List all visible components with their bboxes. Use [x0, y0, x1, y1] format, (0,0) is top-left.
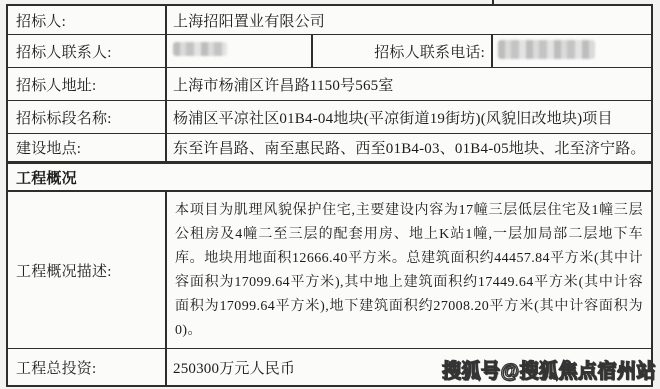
- section-name-value: 杨浦区平凉社区01B4-04地块(平凉街道19街坊)(风貌旧改地块)项目: [167, 101, 651, 133]
- redacted-contact-phone: [498, 40, 595, 59]
- location-value: 东至许昌路、南至惠民路、西至01B4-03、01B4-05地块、北至济宁路。: [167, 134, 651, 161]
- table-row-overview-description: 工程概况描述: 本项目为肌理风貌保护住宅,主要建设内容为17幢三层低层住宅及1幢…: [8, 192, 651, 349]
- bidder-value: 上海招阳置业有限公司: [167, 6, 651, 34]
- table-row-contact: 招标人联系人: 招标人联系电话:: [8, 35, 651, 68]
- contact-phone-value-cell: [493, 35, 651, 67]
- overview-description-label: 工程概况描述:: [8, 192, 167, 348]
- bidder-label: 招标人:: [8, 6, 167, 34]
- table-row-overview-header: 工程概况: [8, 164, 651, 192]
- investment-label: 工程总投资:: [8, 349, 167, 385]
- location-label: 建设地点:: [8, 134, 167, 161]
- contact-person-value-cell: [167, 35, 313, 67]
- redacted-contact-person: [173, 42, 227, 56]
- document-page: 招标人: 上海招阳置业有限公司 招标人联系人: 招标人联系电话: 招标人地址: …: [0, 0, 660, 389]
- overview-description-value: 本项目为肌理风貌保护住宅,主要建设内容为17幢三层低层住宅及1幢三层公租房及4幢…: [167, 192, 651, 348]
- sohu-watermark: 搜狐号@搜狐焦点宿州站: [442, 356, 656, 384]
- address-value: 上海市杨浦区许昌路1150号565室: [167, 68, 651, 100]
- overview-section-header: 工程概况: [8, 164, 651, 190]
- contact-phone-label: 招标人联系电话:: [313, 35, 493, 67]
- table-row-address: 招标人地址: 上海市杨浦区许昌路1150号565室: [8, 68, 651, 101]
- section-name-label: 招标标段名称:: [8, 101, 167, 133]
- table-row-bidder: 招标人: 上海招阳置业有限公司: [8, 6, 651, 35]
- table-row-section-name: 招标标段名称: 杨浦区平凉社区01B4-04地块(平凉街道19街坊)(风貌旧改地…: [8, 101, 651, 134]
- table-row-location: 建设地点: 东至许昌路、南至惠民路、西至01B4-03、01B4-05地块、北至…: [8, 134, 651, 164]
- contact-person-label: 招标人联系人:: [8, 35, 167, 67]
- address-label: 招标人地址:: [8, 68, 167, 100]
- tender-info-table: 招标人: 上海招阳置业有限公司 招标人联系人: 招标人联系电话: 招标人地址: …: [6, 4, 653, 387]
